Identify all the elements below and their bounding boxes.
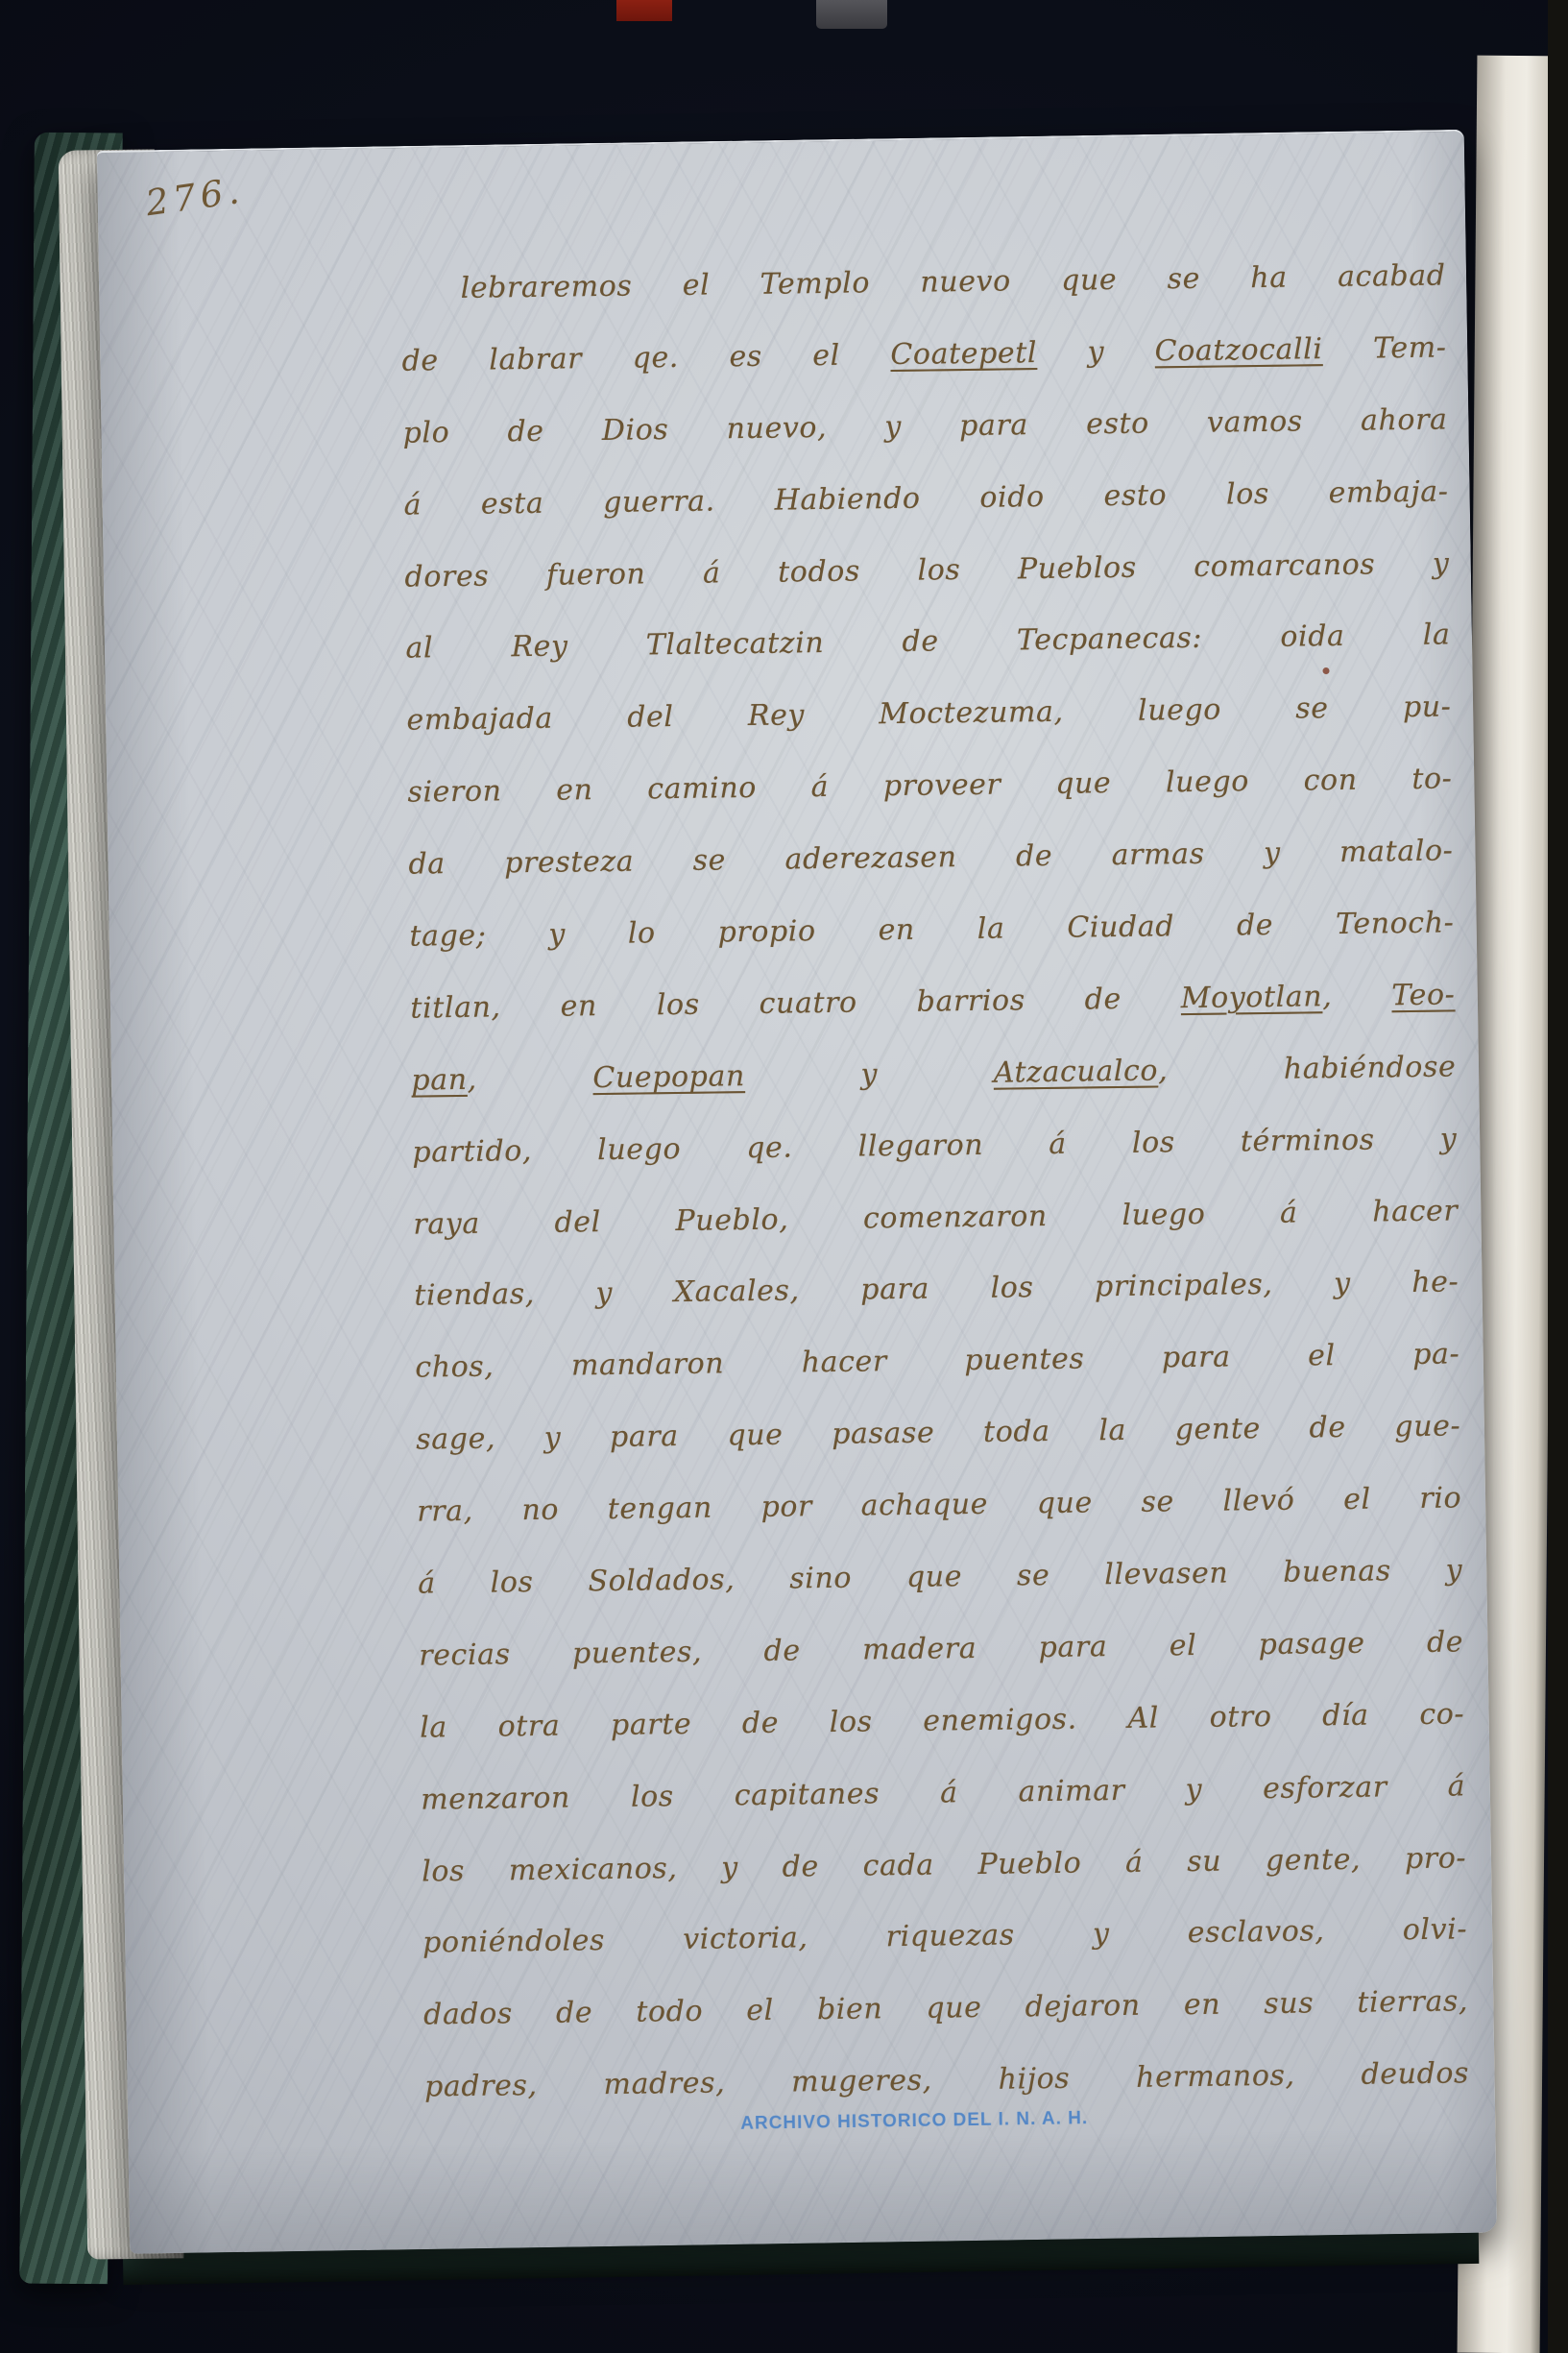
- red-bookmark-tab: [616, 0, 672, 21]
- manuscript-page: 276. lebraremos el Templo nuevo que se h…: [97, 130, 1497, 2254]
- manuscript-line: rra, no tengan por achaque que se llevó …: [417, 1463, 1462, 1548]
- manuscript-line: al Rey Tlaltecatzin de Tecpanecas: oida …: [405, 600, 1451, 686]
- manuscript-line: dados de todo el bien que dejaron en sus…: [423, 1967, 1469, 2052]
- manuscript-line: titlan, en los cuatro barrios de Moyotla…: [410, 959, 1456, 1045]
- manuscript-line: raya del Pueblo, comenzaron luego á hace…: [413, 1176, 1459, 1261]
- manuscript-line: de labrar qe. es el Coatepetl y Coatzoca…: [401, 312, 1447, 398]
- manuscript-line: la otra parte de los enemigos. Al otro d…: [420, 1679, 1465, 1764]
- manuscript-line: embajada del Rey Moctezuma, luego se pu-: [406, 672, 1452, 758]
- manuscript-line: á esta guerra. Habiendo oido esto los em…: [403, 456, 1449, 542]
- page-number: 276.: [143, 170, 246, 225]
- handwritten-text: lebraremos el Templo nuevo que se ha aca…: [400, 240, 1469, 2123]
- right-dark-edge: [1548, 0, 1568, 2353]
- manuscript-line: dores fueron á todos los Pueblos comarca…: [404, 528, 1450, 614]
- manuscript-line: da presteza se aderezasen de armas y mat…: [408, 816, 1454, 902]
- manuscript-line: sage, y para que pasase toda la gente de…: [416, 1392, 1461, 1477]
- manuscript-line: poniéndoles victoria, riquezas y esclavo…: [422, 1895, 1468, 1980]
- manuscript-line: tage; y lo propio en la Ciudad de Tenoch…: [409, 887, 1455, 973]
- manuscript-line: tiendas, y Xacales, para los principales…: [414, 1248, 1459, 1333]
- archive-stamp: ARCHIVO HISTORICO DEL I. N. A. H.: [740, 2108, 1088, 2135]
- manuscript-line: sieron en camino á proveer que luego con…: [407, 744, 1453, 830]
- manuscript-line: chos, mandaron hacer puentes para el pa-: [415, 1320, 1460, 1405]
- manuscript-line: partido, luego qe. llegaron á los términ…: [412, 1104, 1458, 1189]
- manuscript-line: lebraremos el Templo nuevo que se ha aca…: [400, 240, 1446, 326]
- manuscript-line: menzaron los capitanes á animar y esforz…: [421, 1751, 1466, 1836]
- binder-clip: [816, 0, 887, 29]
- manuscript-line: á los Soldados, sino que se llevasen bue…: [418, 1535, 1463, 1620]
- manuscript-line: plo de Dios nuevo, y para esto vamos aho…: [402, 384, 1448, 470]
- manuscript-line: los mexicanos, y de cada Pueblo á su gen…: [422, 1823, 1467, 1908]
- manuscript-line: pan, Cuepopan y Atzacualco, habiéndose: [411, 1031, 1457, 1117]
- manuscript-line: recias puentes, de madera para el pasage…: [419, 1607, 1464, 1692]
